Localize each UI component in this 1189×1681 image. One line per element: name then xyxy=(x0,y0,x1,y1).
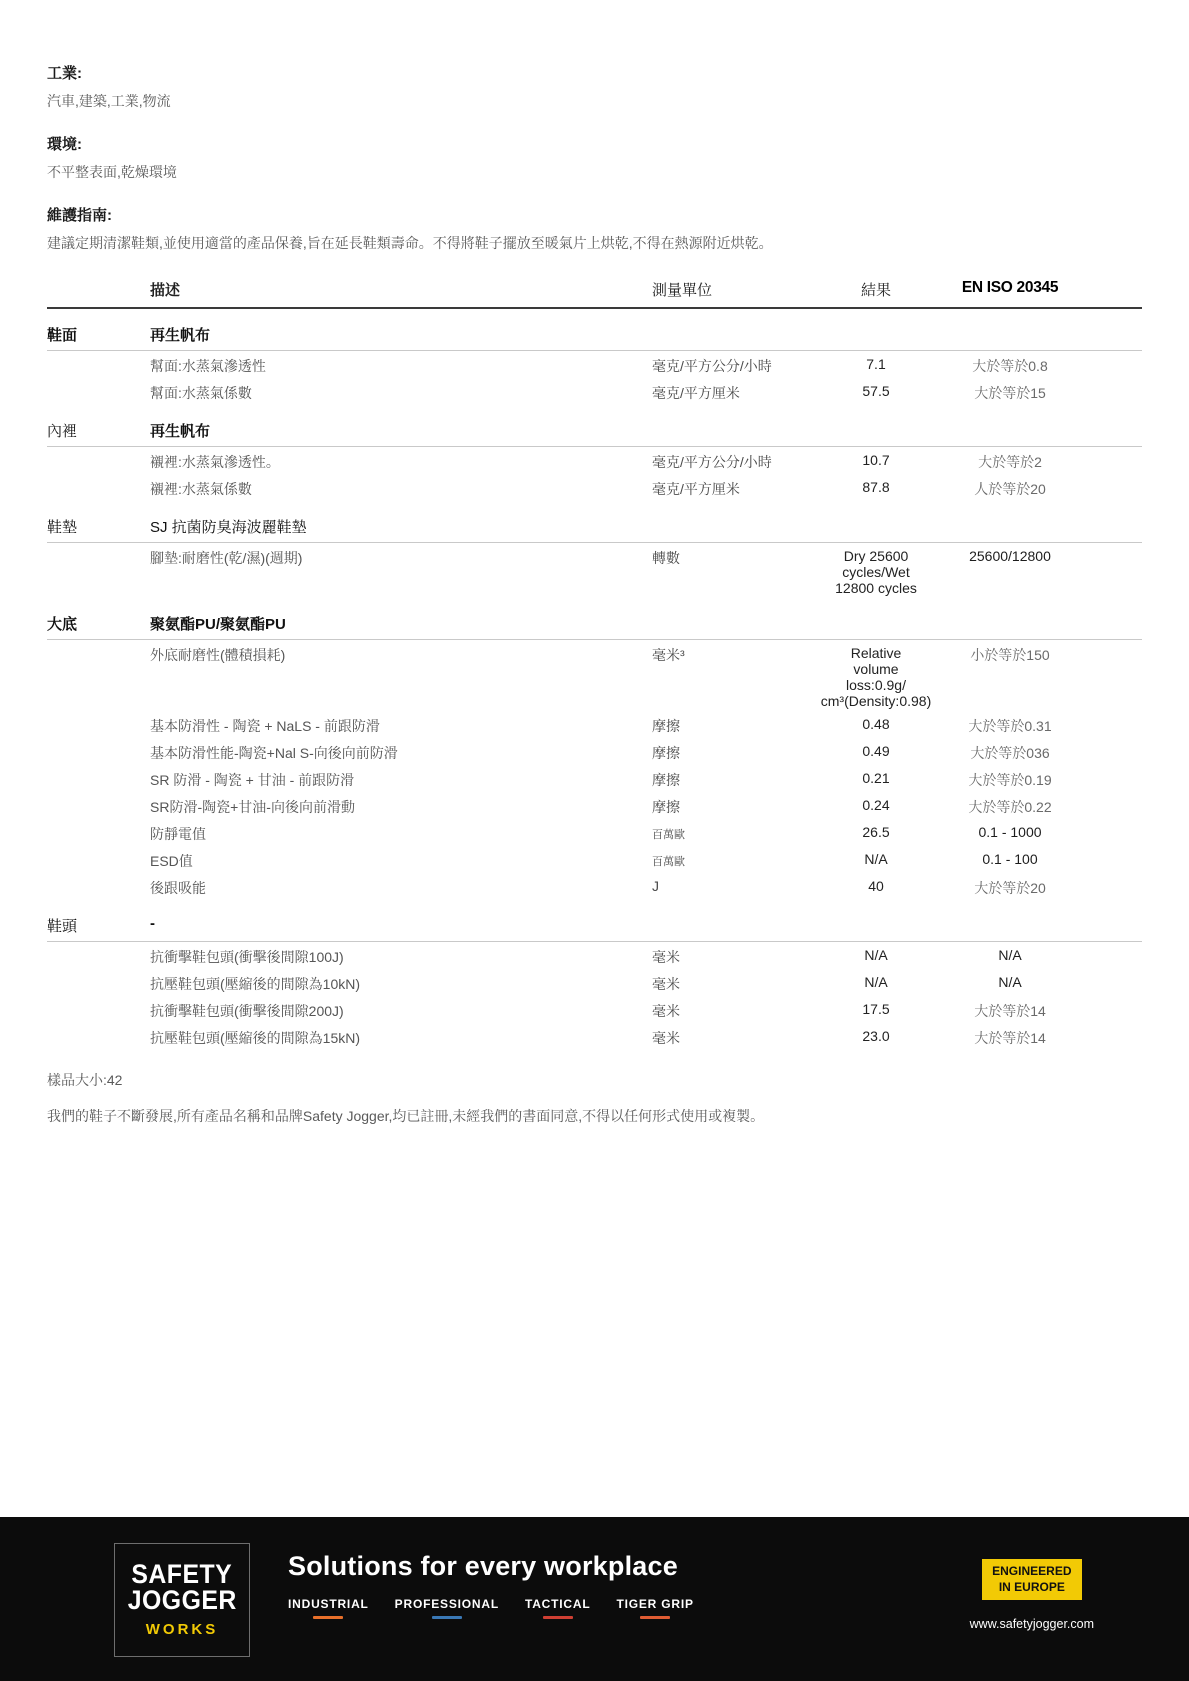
works-label: WORKS xyxy=(146,1621,219,1638)
spec-row: 幫面:水蒸氣係數毫克/平方厘米57.5大於等於15 xyxy=(47,378,1142,405)
spec-result: 17.5 xyxy=(812,1001,940,1017)
badge-line-1: ENGINEERED xyxy=(992,1564,1071,1580)
spec-unit: 摩擦 xyxy=(652,716,812,736)
spec-description: 抗壓鞋包頭(壓縮後的間隙為10kN) xyxy=(150,974,652,994)
spec-table-header: 描述 測量單位 結果 EN ISO 20345 xyxy=(47,279,1142,309)
spec-result: 0.21 xyxy=(812,770,940,786)
brand-label: INDUSTRIAL xyxy=(288,1597,369,1611)
spec-standard: 大於等於036 xyxy=(940,743,1080,763)
spec-group-header: 鞋面再生帆布 xyxy=(47,309,1142,351)
spec-unit: 毫米 xyxy=(652,947,812,967)
spec-standard: 大於等於14 xyxy=(940,1001,1080,1021)
spec-description: 抗衝擊鞋包頭(衝擊後間隙200J) xyxy=(150,1001,652,1021)
brand-underline xyxy=(432,1616,462,1619)
spec-sheet-page: 工業: 汽車,建築,工業,物流 環境: 不平整表面,乾燥環境 維護指南: 建議定… xyxy=(0,0,1189,1681)
spec-description: 基本防滑性能-陶瓷+Nal S-向後向前防滑 xyxy=(150,743,652,763)
environment-section: 環境: 不平整表面,乾燥環境 xyxy=(47,133,1142,182)
spec-standard: 大於等於20 xyxy=(940,878,1080,898)
spec-unit: J xyxy=(652,878,812,894)
spec-standard: N/A xyxy=(940,947,1080,963)
spec-material: 再生帆布 xyxy=(150,324,1080,345)
industry-section: 工業: 汽車,建築,工業,物流 xyxy=(47,62,1142,111)
spec-row: 襯裡:水蒸氣係數毫克/平方厘米87.8人於等於20 xyxy=(47,474,1142,501)
engineered-in-europe-badge: ENGINEERED IN EUROPE xyxy=(982,1559,1081,1600)
spec-row: SR 防滑 - 陶瓷 + 甘油 - 前跟防滑摩擦0.21大於等於0.19 xyxy=(47,765,1142,792)
brand-list: INDUSTRIALPROFESSIONALTACTICALTIGER GRIP xyxy=(288,1597,694,1619)
spec-standard: 小於等於150 xyxy=(940,645,1080,665)
brand-underline xyxy=(313,1616,343,1619)
spec-standard: 0.1 - 1000 xyxy=(940,824,1080,840)
badge-line-2: IN EUROPE xyxy=(992,1580,1071,1596)
spec-result: N/A xyxy=(812,947,940,963)
footer-band: SAFETY JOGGER WORKS Solutions for every … xyxy=(0,1517,1189,1681)
spec-description: 腳墊:耐磨性(乾/濕)(週期) xyxy=(150,548,652,568)
spec-material: SJ 抗菌防臭海波麗鞋墊 xyxy=(150,516,1080,537)
header-result: 結果 xyxy=(812,279,940,300)
spec-result: 23.0 xyxy=(812,1028,940,1044)
spec-description: 後跟吸能 xyxy=(150,878,652,898)
spec-result: N/A xyxy=(812,851,940,867)
spec-row: 後跟吸能J40大於等於20 xyxy=(47,873,1142,900)
spec-result: Dry 25600 cycles/Wet 12800 cycles xyxy=(812,548,940,596)
environment-body: 不平整表面,乾燥環境 xyxy=(47,162,1142,182)
spec-row: 基本防滑性能-陶瓷+Nal S-向後向前防滑摩擦0.49大於等於036 xyxy=(47,738,1142,765)
spec-result: 87.8 xyxy=(812,479,940,495)
sample-size: 樣品大小:42 xyxy=(47,1070,1142,1090)
spec-category: 鞋墊 xyxy=(47,516,150,537)
spec-row: 抗壓鞋包頭(壓縮後的間隙為10kN)毫米N/AN/A xyxy=(47,969,1142,996)
spec-standard: 25600/12800 xyxy=(940,548,1080,564)
spec-unit: 毫米 xyxy=(652,974,812,994)
spec-unit: 毫克/平方公分/小時 xyxy=(652,452,812,472)
header-description: 描述 xyxy=(150,279,652,300)
brand-item: TIGER GRIP xyxy=(616,1597,693,1619)
spec-category: 鞋頭 xyxy=(47,915,150,936)
spec-unit: 毫克/平方公分/小時 xyxy=(652,356,812,376)
spec-standard: 大於等於0.8 xyxy=(940,356,1080,376)
spec-group-header: 大底聚氨酯PU/聚氨酯PU xyxy=(47,598,1142,640)
logo-line-jogger: JOGGER xyxy=(127,1588,236,1614)
spec-standard: 大於等於14 xyxy=(940,1028,1080,1048)
spec-description: ESD值 xyxy=(150,851,652,871)
spec-unit: 毫米 xyxy=(652,1028,812,1048)
spec-description: 襯裡:水蒸氣滲透性。 xyxy=(150,452,652,472)
spec-category: 內裡 xyxy=(47,420,150,441)
disclaimer-text: 我們的鞋子不斷發展,所有產品名稱和品牌Safety Jogger,均已註冊,未經… xyxy=(47,1106,1142,1126)
spec-group-header: 鞋頭- xyxy=(47,900,1142,942)
spec-description: 幫面:水蒸氣係數 xyxy=(150,383,652,403)
spec-result: 10.7 xyxy=(812,452,940,468)
spec-row: 腳墊:耐磨性(乾/濕)(週期)轉數Dry 25600 cycles/Wet 12… xyxy=(47,543,1142,598)
spec-description: 抗壓鞋包頭(壓縮後的間隙為15kN) xyxy=(150,1028,652,1048)
brand-label: PROFESSIONAL xyxy=(395,1597,499,1611)
spec-row: 防靜電值百萬歐26.50.1 - 1000 xyxy=(47,819,1142,846)
document-content: 工業: 汽車,建築,工業,物流 環境: 不平整表面,乾燥環境 維護指南: 建議定… xyxy=(0,0,1189,1126)
safety-jogger-logo: SAFETY JOGGER WORKS xyxy=(114,1543,250,1657)
industry-body: 汽車,建築,工業,物流 xyxy=(47,91,1142,111)
spec-row: 幫面:水蒸氣滲透性毫克/平方公分/小時7.1大於等於0.8 xyxy=(47,351,1142,378)
brand-item: INDUSTRIAL xyxy=(288,1597,369,1619)
spec-material: 再生帆布 xyxy=(150,420,1080,441)
spec-result: 0.48 xyxy=(812,716,940,732)
spec-material: 聚氨酯PU/聚氨酯PU xyxy=(150,613,1080,634)
spec-group-header: 鞋墊SJ 抗菌防臭海波麗鞋墊 xyxy=(47,501,1142,543)
spec-standard: 大於等於0.31 xyxy=(940,716,1080,736)
brand-item: TACTICAL xyxy=(525,1597,591,1619)
spec-description: 襯裡:水蒸氣係數 xyxy=(150,479,652,499)
footer-tagline: Solutions for every workplace xyxy=(288,1551,694,1582)
spec-row: 抗衝擊鞋包頭(衝擊後間隙100J)毫米N/AN/A xyxy=(47,942,1142,969)
spec-category: 鞋面 xyxy=(47,324,150,345)
spec-row: SR防滑-陶瓷+甘油-向後向前滑動摩擦0.24大於等於0.22 xyxy=(47,792,1142,819)
spec-standard: 大於等於0.19 xyxy=(940,770,1080,790)
spec-description: 防靜電值 xyxy=(150,824,652,844)
maintenance-heading: 維護指南: xyxy=(47,204,1142,225)
spec-unit: 毫米³ xyxy=(652,645,812,665)
spec-result: 40 xyxy=(812,878,940,894)
spec-description: SR 防滑 - 陶瓷 + 甘油 - 前跟防滑 xyxy=(150,770,652,790)
footer-middle: Solutions for every workplace INDUSTRIAL… xyxy=(288,1551,694,1619)
brand-underline xyxy=(543,1616,573,1619)
spec-row: ESD值百萬歐N/A0.1 - 100 xyxy=(47,846,1142,873)
spec-group-header: 內裡再生帆布 xyxy=(47,405,1142,447)
maintenance-body: 建議定期清潔鞋類,並使用適當的產品保養,旨在延長鞋類壽命。不得將鞋子擺放至暖氣片… xyxy=(47,233,1142,253)
spec-standard: N/A xyxy=(940,974,1080,990)
spec-unit: 摩擦 xyxy=(652,797,812,817)
spec-result: 0.49 xyxy=(812,743,940,759)
spec-unit: 毫米 xyxy=(652,1001,812,1021)
spec-unit: 摩擦 xyxy=(652,743,812,763)
spec-unit: 毫克/平方厘米 xyxy=(652,479,812,499)
spec-standard: 人於等於20 xyxy=(940,479,1080,499)
spec-unit: 百萬歐 xyxy=(652,824,812,842)
maintenance-section: 維護指南: 建議定期清潔鞋類,並使用適當的產品保養,旨在延長鞋類壽命。不得將鞋子… xyxy=(47,204,1142,253)
spec-description: SR防滑-陶瓷+甘油-向後向前滑動 xyxy=(150,797,652,817)
spec-row: 抗衝擊鞋包頭(衝擊後間隙200J)毫米17.5大於等於14 xyxy=(47,996,1142,1023)
spec-unit: 轉數 xyxy=(652,548,812,568)
spec-table: 描述 測量單位 結果 EN ISO 20345 鞋面再生帆布幫面:水蒸氣滲透性毫… xyxy=(47,279,1142,1050)
spec-standard: 大於等於15 xyxy=(940,383,1080,403)
spec-unit: 百萬歐 xyxy=(652,851,812,869)
spec-unit: 毫克/平方厘米 xyxy=(652,383,812,403)
spec-standard: 大於等於0.22 xyxy=(940,797,1080,817)
brand-label: TACTICAL xyxy=(525,1597,591,1611)
spec-result: N/A xyxy=(812,974,940,990)
spec-description: 基本防滑性 - 陶瓷 + NaLS - 前跟防滑 xyxy=(150,716,652,736)
spec-description: 外底耐磨性(體積損耗) xyxy=(150,645,652,665)
header-unit: 測量單位 xyxy=(652,279,812,300)
spec-result: 57.5 xyxy=(812,383,940,399)
spec-table-body: 鞋面再生帆布幫面:水蒸氣滲透性毫克/平方公分/小時7.1大於等於0.8幫面:水蒸… xyxy=(47,309,1142,1050)
brand-item: PROFESSIONAL xyxy=(395,1597,499,1619)
spec-result: 0.24 xyxy=(812,797,940,813)
environment-heading: 環境: xyxy=(47,133,1142,154)
website-link[interactable]: www.safetyjogger.com xyxy=(970,1617,1094,1631)
industry-heading: 工業: xyxy=(47,62,1142,83)
spec-row: 抗壓鞋包頭(壓縮後的間隙為15kN)毫米23.0大於等於14 xyxy=(47,1023,1142,1050)
spec-result: Relative volume loss:0.9g/ cm³(Density:0… xyxy=(812,645,940,709)
spec-row: 外底耐磨性(體積損耗)毫米³Relative volume loss:0.9g/… xyxy=(47,640,1142,711)
spec-result: 26.5 xyxy=(812,824,940,840)
footer-right: ENGINEERED IN EUROPE www.safetyjogger.co… xyxy=(970,1559,1094,1631)
spec-standard: 0.1 - 100 xyxy=(940,851,1080,867)
spec-result: 7.1 xyxy=(812,356,940,372)
spec-unit: 摩擦 xyxy=(652,770,812,790)
spec-category: 大底 xyxy=(47,613,150,634)
brand-label: TIGER GRIP xyxy=(616,1597,693,1611)
spec-standard: 大於等於2 xyxy=(940,452,1080,472)
spec-material: - xyxy=(150,915,1080,932)
header-standard: EN ISO 20345 xyxy=(940,279,1080,297)
spec-description: 抗衝擊鞋包頭(衝擊後間隙100J) xyxy=(150,947,652,967)
spec-description: 幫面:水蒸氣滲透性 xyxy=(150,356,652,376)
brand-underline xyxy=(640,1616,670,1619)
spec-row: 基本防滑性 - 陶瓷 + NaLS - 前跟防滑摩擦0.48大於等於0.31 xyxy=(47,711,1142,738)
spec-row: 襯裡:水蒸氣滲透性。毫克/平方公分/小時10.7大於等於2 xyxy=(47,447,1142,474)
